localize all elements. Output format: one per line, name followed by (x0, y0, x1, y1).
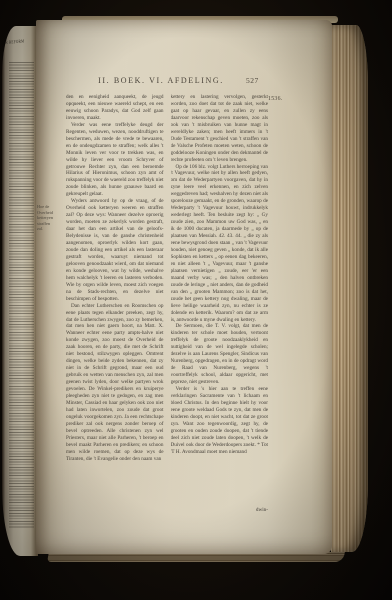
facing-page-edge: ER REFORM (2, 26, 38, 556)
text-block: den en eenigheid aanqueekt, de jeugd opq… (66, 94, 268, 514)
paragraph: den en eenigheid aanqueekt, de jeugd opq… (66, 94, 164, 122)
paragraph: Op de 106 blz. volgt Luthers herroeping … (171, 164, 269, 324)
paragraph: Wyders antwoord hy op de vraag, of de Ov… (66, 198, 164, 302)
running-head-title: II. BOEK. VI. AFDELING. (66, 76, 256, 85)
fore-edge-page-stack (331, 25, 368, 552)
margin-note-side: Hoe deOverheidketteryenstraffenzal. (37, 204, 65, 232)
facing-page-text-lines (9, 62, 34, 528)
book-page: II. BOEK. VI. AFDELING. 527 1536. Hoe de… (36, 20, 332, 554)
paragraph: kettery en lastering vervolgen, gesterkt… (171, 94, 269, 164)
paragraph: Verder was eene treffelyke deugd der Reg… (66, 122, 164, 198)
facing-running-head: ER REFORM (3, 38, 29, 45)
folio-page-number: 527 (246, 76, 276, 85)
margin-note-year: 1536. (268, 96, 283, 102)
text-column-left: den en eenigheid aanqueekt, de jeugd opq… (66, 94, 164, 514)
paragraph: Dan echter Lutherschen en Roomschen op e… (66, 303, 164, 463)
margin-note-line: zal. (37, 226, 65, 232)
catchword: dwin- (204, 507, 268, 513)
book-photo: ER REFORM II. BOEK. VI. AFDELING. 527 15… (0, 0, 392, 600)
text-column-right: kettery en lastering vervolgen, gesterkt… (171, 94, 269, 514)
paragraph: Verder is 's hier aan te treffen eene ve… (171, 386, 269, 456)
paragraph: De Sermoen, die T. V. volgt, dat men de … (171, 323, 269, 386)
